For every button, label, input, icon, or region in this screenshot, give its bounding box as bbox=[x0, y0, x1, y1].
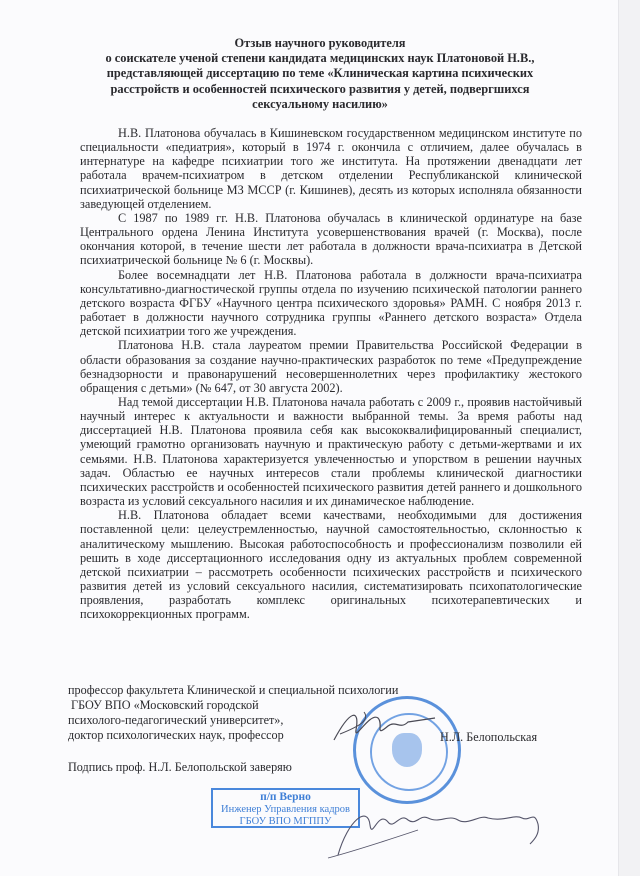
title-line: представляющей диссертацию по теме «Клин… bbox=[60, 66, 580, 81]
title-line: расстройств и особенностей психического … bbox=[60, 82, 580, 97]
paragraph-dissertation: Над темой диссертации Н.В. Платонова нач… bbox=[80, 395, 582, 508]
title-line: Отзыв научного руководителя bbox=[60, 36, 580, 51]
document-title: Отзыв научного руководителя о соискателе… bbox=[60, 36, 580, 112]
document-body: Н.В. Платонова обучалась в Кишиневском г… bbox=[80, 126, 582, 621]
paragraph-education: Н.В. Платонова обучалась в Кишиневском г… bbox=[80, 126, 582, 211]
paragraph-residency: С 1987 по 1989 гг. Н.В. Платонова обучал… bbox=[80, 211, 582, 268]
position-line: профессор факультета Клинической и специ… bbox=[68, 683, 398, 698]
paragraph-qualities: Н.В. Платонова обладает всеми качествами… bbox=[80, 508, 582, 621]
paragraph-career: Более восемнадцати лет Н.В. Платонова ра… bbox=[80, 268, 582, 339]
handwritten-signature bbox=[330, 700, 440, 750]
signature-certification: Подпись проф. Н.Л. Белопольской заверяю bbox=[68, 760, 292, 775]
title-line: о соискателе ученой степени кандидата ме… bbox=[60, 51, 580, 66]
handwritten-certifier-signature bbox=[308, 800, 548, 860]
scan-edge bbox=[618, 0, 640, 876]
paragraph-award: Платонова Н.В. стала лауреатом премии Пр… bbox=[80, 338, 582, 395]
title-line: сексуальному насилию» bbox=[60, 97, 580, 112]
signatory-name: Н.Л. Белопольская bbox=[440, 730, 537, 745]
document-page: Отзыв научного руководителя о соискателе… bbox=[0, 0, 618, 876]
